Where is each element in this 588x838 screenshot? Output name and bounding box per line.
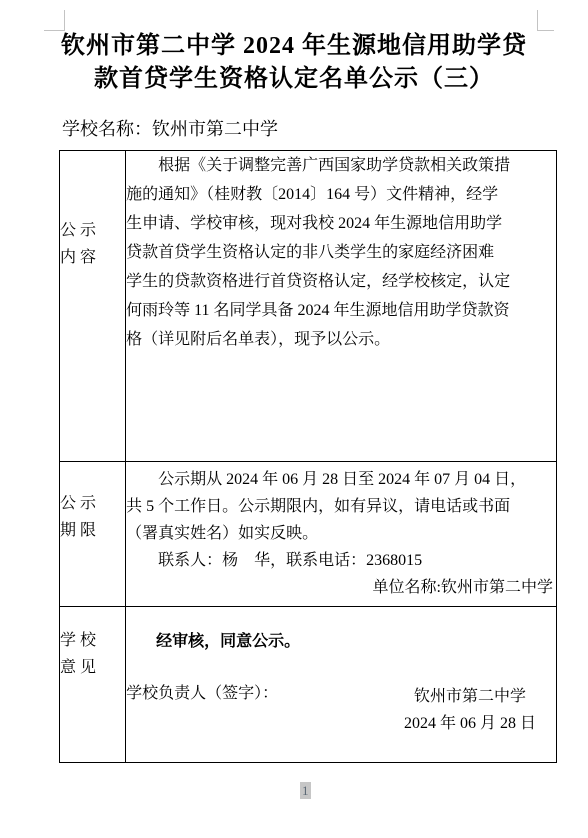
- document-title: 钦州市第二中学 2024 年生源地信用助学贷款首贷学生资格认定名单公示（三）: [30, 30, 558, 96]
- opinion-row-header: 学 校意 见: [60, 607, 126, 763]
- opinion-row: 学 校意 见 经审核，同意公示。 学校负责人（签字）： 钦州市第二中学 2024…: [60, 607, 557, 763]
- signature-label: 学校负责人（签字）：: [126, 683, 278, 737]
- crop-mark-top-right: [537, 10, 554, 31]
- content-row: 公 示内 容 根据《关于调整完善广西国家助学贷款相关政策措施的通知》（桂财教〔2…: [60, 151, 557, 462]
- school-name-label: 学校名称：钦州市第二中学: [62, 117, 588, 141]
- period-row-header: 公 示期 限: [60, 462, 126, 607]
- period-text: 公示期从 2024 年 06 月 28 日至 2024 年 07 月 04 日，…: [126, 466, 556, 574]
- period-row: 公 示期 限 公示期从 2024 年 06 月 28 日至 2024 年 07 …: [60, 462, 557, 607]
- unit-name-line: 单位名称:钦州市第二中学: [126, 574, 556, 601]
- opinion-row-body: 经审核，同意公示。 学校负责人（签字）： 钦州市第二中学 2024 年 06 月…: [126, 607, 557, 763]
- document-page: 钦州市第二中学 2024 年生源地信用助学贷款首贷学生资格认定名单公示（三） 学…: [0, 0, 588, 838]
- signature-row: 学校负责人（签字）： 钦州市第二中学 2024 年 06 月 28 日: [126, 683, 556, 737]
- period-row-body: 公示期从 2024 年 06 月 28 日至 2024 年 07 月 04 日，…: [126, 462, 557, 607]
- sign-date: 2024 年 06 月 28 日: [404, 710, 536, 737]
- signer-name: 钦州市第二中学: [404, 683, 536, 710]
- approval-statement: 经审核，同意公示。: [156, 631, 556, 653]
- content-row-header: 公 示内 容: [60, 151, 126, 462]
- signer-block: 钦州市第二中学 2024 年 06 月 28 日: [404, 683, 536, 737]
- crop-mark-top-left: [44, 10, 65, 31]
- content-row-body: 根据《关于调整完善广西国家助学贷款相关政策措施的通知》（桂财教〔2014〕164…: [126, 151, 557, 462]
- page-number-field: 1: [300, 782, 311, 799]
- notice-table: 公 示内 容 根据《关于调整完善广西国家助学贷款相关政策措施的通知》（桂财教〔2…: [59, 150, 557, 763]
